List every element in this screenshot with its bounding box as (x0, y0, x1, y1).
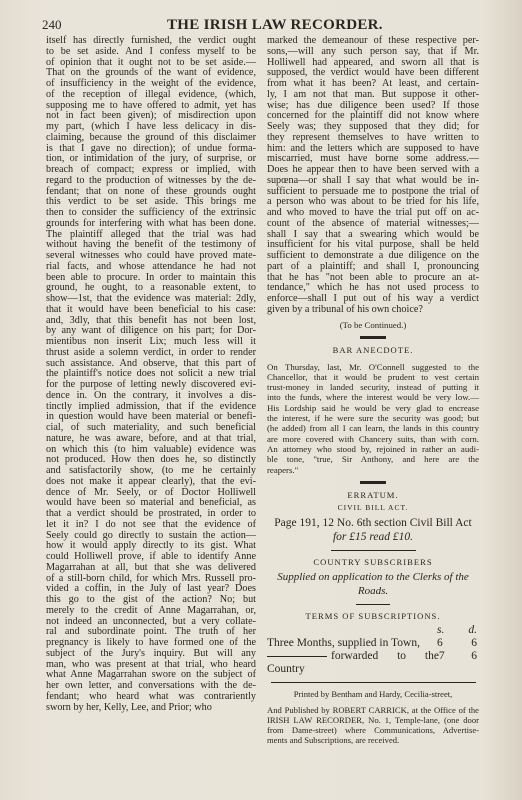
erratum-line-1: Page 191, 12 No. 6th section Civil Bill … (267, 516, 479, 530)
ditto-dash (267, 656, 327, 657)
text-line: ments and Subscriptions, are received. (267, 735, 479, 745)
text-line: they represent themselves to have writte… (267, 133, 479, 144)
text-line: And Published by ROBERT CARRICK, at the … (267, 705, 479, 715)
unit-pence: d. (468, 624, 477, 637)
section-divider (360, 336, 386, 339)
running-title: THE IRISH LAW RECORDER. (167, 17, 383, 34)
text-line: Chancellor, that it would be prudent to … (267, 372, 479, 382)
left-column: itself has directly furnished, the verdi… (46, 36, 256, 713)
page-number: 240 (42, 17, 62, 33)
text-line: trust-money in landed security, instead … (267, 382, 479, 392)
text-line: let it in? I do not see that the evidenc… (46, 520, 256, 531)
right-column: marked the demeanour of these respective… (267, 36, 479, 745)
text-line: dence in. On the contrary, it involves a… (46, 391, 256, 402)
anecdote-body: On Thursday, last, Mr. O'Connell suggest… (267, 362, 479, 475)
unit-shillings: s. (437, 624, 444, 637)
text-line: to be set aside. And I confess myself to… (46, 47, 256, 58)
text-line: grounds for interfering with what has be… (46, 219, 256, 230)
text-line: nature, he was aware, before, and at tha… (46, 434, 256, 445)
terms-row: forwarded to the Country 76 (267, 650, 477, 676)
erratum-heading: ERRATUM. (267, 490, 479, 501)
text-line: the interest, if he were sure the securi… (267, 413, 479, 423)
price-pence: 6 (471, 650, 477, 676)
text-line: ble tone, "true, Sir Anthony, and here a… (267, 454, 479, 464)
text-line: that it would have been beneficial to hi… (46, 305, 256, 316)
terms-heading: TERMS OF SUBSCRIPTIONS. (267, 611, 479, 622)
text-line: count of the absence of material witness… (267, 219, 479, 230)
text-line: An attorney who stood by, rejoined in ra… (267, 444, 479, 454)
text-line: Magarrahan at all, but that she was deli… (46, 563, 256, 574)
text-line: does not make it appear clearly), that t… (46, 477, 256, 488)
text-line: of the reception of illegal evidence, (w… (46, 90, 256, 101)
price-pence: 6 (471, 637, 477, 650)
price-shillings: 7 (439, 650, 445, 676)
judgment-continuation: marked the demeanour of these respective… (267, 36, 479, 316)
text-line: from Dame-street) where Communications, … (267, 725, 479, 735)
text-line: part of a plaintiff; and shall I, pronou… (267, 262, 479, 273)
price-shillings: 6 (437, 637, 443, 650)
text-line: ly, I am not that man. But suppose it ot… (267, 90, 479, 101)
text-line: claiming, because the ground of this dis… (46, 133, 256, 144)
erratum-subheading: CIVIL BILL ACT. (267, 503, 479, 514)
text-line: IRISH LAW RECORDER, No. 1, Temple-lane, … (267, 715, 479, 725)
anecdote-heading: BAR ANECDOTE. (267, 345, 479, 356)
text-line: are more covered with Chancery suits, th… (267, 434, 479, 444)
text-line: (he added) from all I can learn, the lan… (267, 423, 479, 433)
text-line: supœna—or shall I say that what would be… (267, 176, 479, 187)
text-line: sworn by her, Kelly, Lee, and Prior; who (46, 703, 256, 714)
section-divider (360, 481, 386, 484)
text-line: regard to the production of witnesses by… (46, 176, 256, 187)
country-subscribers-text: Supplied on application to the Clerks of… (267, 570, 479, 598)
text-line: On Thursday, last, Mr. O'Connell suggest… (267, 362, 479, 372)
terms-label: forwarded to the Country (267, 650, 439, 675)
text-line: His Lordship said he would be very glad … (267, 403, 479, 413)
country-subscribers-heading: COUNTRY SUBSCRIBERS (267, 557, 479, 568)
text-line: given by a tribunal of his own choice? (267, 305, 479, 316)
text-line: rial facts, and whose attendance he had … (46, 262, 256, 273)
text-line: into the funds, where the interest would… (267, 392, 479, 402)
text-line: fendant; who heard what was contrarientl… (46, 692, 256, 703)
to-be-continued: (To be Continued.) (267, 320, 479, 330)
section-divider (271, 682, 476, 683)
terms-row: Three Months, supplied in Town, 66 (267, 637, 477, 650)
text-line: merely to the credit of Anne Magarrahan,… (46, 606, 256, 617)
page-header: 240 THE IRISH LAW RECORDER. (42, 17, 482, 33)
text-line: subject of the Jury's inquiry. But will … (46, 649, 256, 660)
published-by: And Published by ROBERT CARRICK, at the … (267, 705, 479, 745)
section-divider (356, 604, 390, 605)
text-line: thrust aside a solemn verdict, in order … (46, 348, 256, 359)
terms-table: s.d. Three Months, supplied in Town, 66 … (267, 624, 477, 676)
section-divider (331, 550, 416, 551)
terms-label: Three Months, supplied in Town, (267, 637, 420, 650)
printed-by: Printed by Bentham and Hardy, Cecilia-st… (267, 689, 479, 699)
text-line: reapers." (267, 465, 479, 475)
erratum-line-2: for £15 read £10. (267, 530, 479, 544)
text-line: sons,—will any such person say, that if … (267, 47, 479, 58)
document-page: 240 THE IRISH LAW RECORDER. itself has d… (0, 0, 522, 800)
